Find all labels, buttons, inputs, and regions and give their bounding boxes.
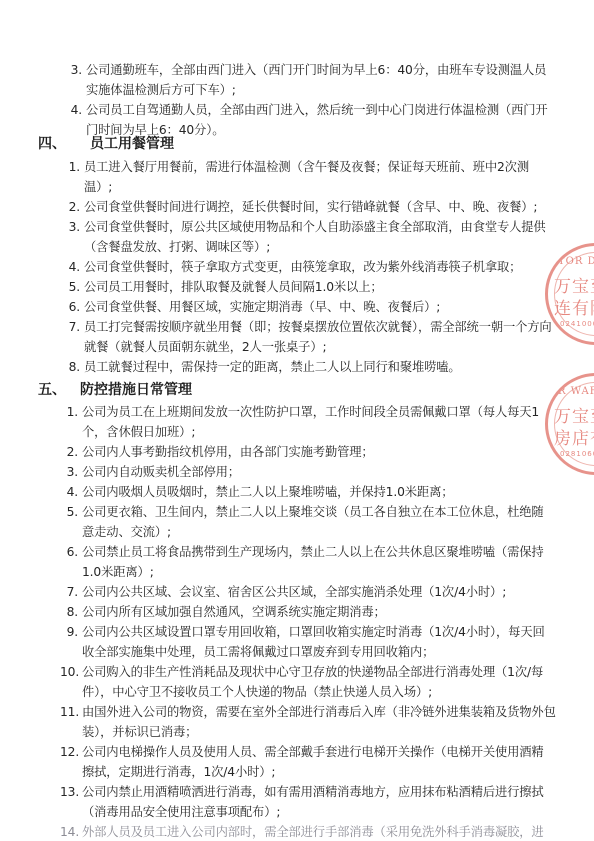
- list-item: 8. 公司内所有区域加强自然通风，空调系统实施定期消毒；: [82, 602, 386, 622]
- list-item-intro-3: 3. 公司通勤班车，全部由西门进入（西门开门时间为早上6：40分，由班车专设测温…: [86, 60, 546, 100]
- item-number: 4.: [66, 100, 82, 120]
- section-title: 员工用餐管理: [90, 134, 174, 154]
- list-item: 1. 员工进入餐厅用餐前，需进行体温检测（含午餐及夜餐；保证每天班前、班中2次测…: [84, 157, 529, 197]
- list-item: 4. 公司内吸烟人员吸烟时，禁止二人以上聚堆唠嗑，并保持1.0米距离；: [82, 482, 453, 502]
- list-item: 8. 员工就餐过程中，需保持一定的距离，禁止二人以上同行和聚堆唠嗑。: [84, 357, 461, 377]
- list-item: 7. 员工打完餐需按顺序就坐用餐（即；按餐桌摆放位置依次就餐），需全部统一朝一个…: [84, 317, 552, 357]
- list-item: 3. 公司食堂供餐时，原公共区域使用物品和个人自助添盛主食全部取消，由食堂专人提…: [84, 217, 546, 257]
- list-item: 10. 公司购入的非生产性消耗品及现状中心守卫存放的快递物品全部进行消毒处理（1…: [82, 662, 543, 702]
- list-item: 7. 公司内公共区域、会议室、宿舍区公共区域，全部实施消杀处理（1次/4小时）;: [82, 582, 506, 602]
- list-item: 6. 公司禁止员工将食品携带到生产现场内，禁止二人以上在公共休息区聚堆唠嗑（需保…: [82, 542, 544, 582]
- list-item: 9. 公司内公共区域设置口罩专用回收箱，口罩回收箱实施定时消毒（1次/4小时），…: [82, 622, 545, 662]
- list-item: 12. 公司内电梯操作人员及使用人员、需全部戴手套进行电梯开关操作（电梯开关使用…: [82, 742, 544, 782]
- company-seal-stamp: R WAFANG 万宝至马 房店有限公 02810604: [545, 373, 594, 475]
- item-number: 3.: [66, 60, 82, 80]
- list-item: 11. 由国外进入公司的物资，需要在室外全部进行消毒后入库（非冷链外进集装箱及货…: [82, 702, 556, 742]
- list-item: 5. 公司员工用餐时，排队取餐及就餐人员间隔1.0米以上；: [84, 277, 383, 297]
- company-seal-stamp: TOR DAL 万宝至马 连有限公 0241000085: [545, 243, 594, 345]
- list-item: 13. 公司内禁止用酒精喷洒进行消毒，如有需用酒精消毒地方，应用抹布粘酒精后进行…: [82, 782, 544, 822]
- list-item: 5. 公司更衣箱、卫生间内，禁止二人以上聚堆交谈（员工各自独立在本工位休息，杜绝…: [82, 502, 544, 542]
- section-title: 防控措施日常管理: [80, 380, 192, 400]
- list-item: 6. 公司食堂供餐、用餐区域，实施定期消毒（早、中、晚、夜餐后）;: [84, 297, 440, 317]
- list-item: 3. 公司内自动贩卖机全部停用；: [82, 462, 240, 482]
- list-item: 14. 外部人员及员工进入公司内部时，需全部进行手部消毒（采用免洗外科手消毒凝胶…: [82, 822, 544, 841]
- list-item: 2. 公司内人事考勤指纹机停用，由各部门实施考勤管理；: [82, 442, 374, 462]
- list-item: 2. 公司食堂供餐时间进行调控，延长供餐时间，实行错峰就餐（含早、中、晚、夜餐）…: [84, 197, 537, 217]
- list-item: 4. 公司食堂供餐时，筷子拿取方式变更，由筷笼拿取，改为紫外线消毒筷子机拿取；: [84, 257, 521, 277]
- document-page: 3. 公司通勤班车，全部由西门进入（西门开门时间为早上6：40分，由班车专设测温…: [0, 0, 594, 841]
- list-item: 1. 公司为员工在上班期间发放一次性防护口罩，工作时间段全员需佩戴口罩（每人每天…: [82, 402, 539, 442]
